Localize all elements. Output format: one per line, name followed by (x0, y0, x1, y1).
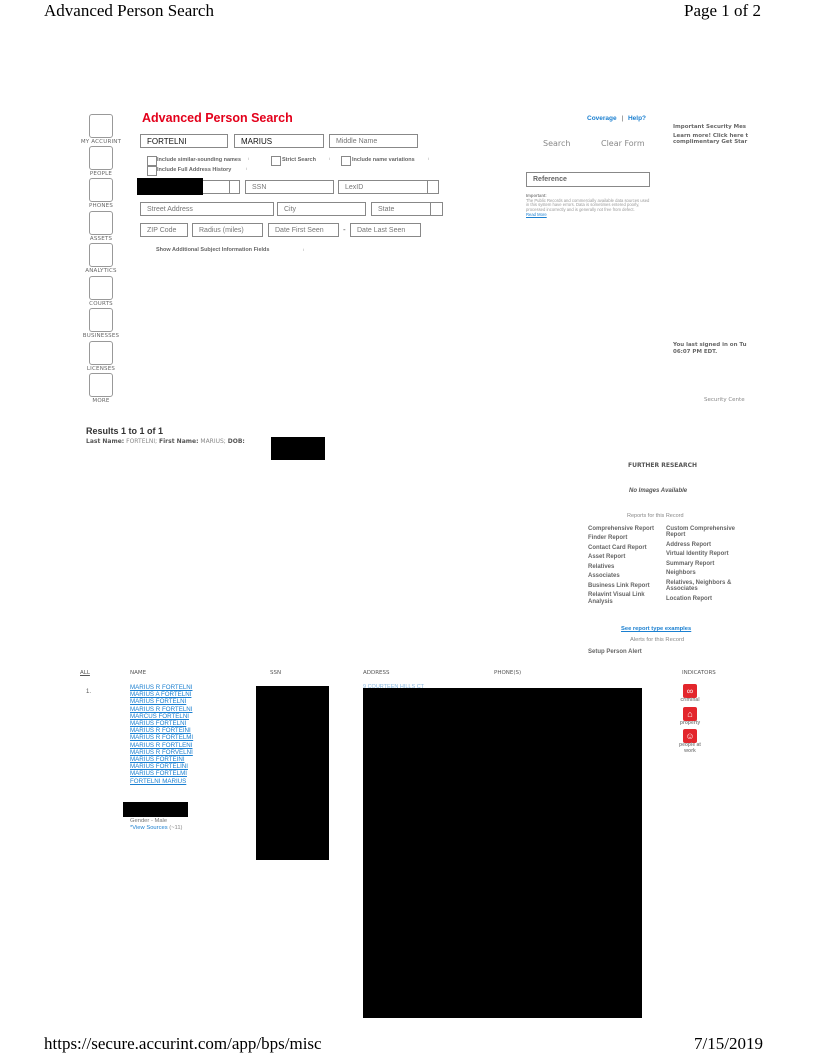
name-variant-link[interactable]: MARIUS R FORTELNI (130, 684, 193, 691)
radius-input[interactable]: Radius (miles) (192, 223, 263, 237)
redacted-ssn (256, 686, 329, 860)
clear-form-button[interactable]: Clear Form (601, 139, 645, 148)
date-range-separator: - (343, 225, 346, 234)
courts-icon (89, 276, 113, 300)
no-images-text: No Images Available (629, 488, 687, 494)
people-icon (89, 146, 113, 170)
middle-name-input[interactable]: Middle Name (329, 134, 418, 148)
reports-list-left: Comprehensive ReportFinder ReportContact… (588, 526, 660, 608)
indicator-people-at-work[interactable]: ☺ people at work (670, 729, 710, 754)
column-header-address: ADDRESS (363, 670, 390, 676)
coverage-link[interactable]: Coverage (587, 115, 617, 122)
sidebar-item-licenses[interactable]: LICENSES (78, 341, 124, 372)
info-icon[interactable]: i (248, 156, 249, 161)
strict-search-checkbox[interactable] (271, 156, 281, 166)
similar-sounding-checkbox[interactable] (147, 156, 157, 166)
name-variant-link[interactable]: MARIUS FORTELNI (130, 698, 193, 705)
strict-search-label: Strict Search (282, 157, 316, 163)
last-name-label: Last Name: (86, 438, 124, 445)
licenses-icon (89, 341, 113, 365)
dob-label: DOB: (228, 438, 245, 445)
print-header-page: Page 1 of 2 (684, 1, 761, 21)
column-header-ssn: SSN (270, 670, 281, 676)
sidebar-item-courts[interactable]: COURTS (78, 276, 124, 307)
report-link[interactable]: Custom Comprehensive Report (666, 526, 746, 539)
name-variant-link[interactable]: MARIUS R FORTEINI (130, 727, 193, 734)
view-sources: *View Sources (~11) (130, 825, 182, 831)
column-header-indicators: INDICATORS (682, 670, 716, 676)
search-criteria: Last Name: FORTELNI; First Name: MARIUS;… (86, 438, 245, 445)
last-name-value: FORTELNI; (126, 438, 157, 445)
name-variants-list: MARIUS R FORTELNIMARIUS A FORTELNIMARIUS… (130, 684, 193, 785)
report-examples-link-text[interactable]: See report type examples (621, 626, 691, 632)
security-center-link[interactable]: Security Cente (704, 397, 745, 403)
last-signed-in: You last signed in on Tu 06:07 PM EDT. (673, 342, 816, 355)
name-variant-link[interactable]: MARIUS R FORTELMI (130, 734, 193, 741)
sidebar-item-analytics[interactable]: ANALYTICS (78, 243, 124, 274)
show-additional-fields-link[interactable]: Show Additional Subject Information Fiel… (156, 247, 269, 253)
city-input[interactable]: City (277, 202, 366, 216)
indicator-criminal[interactable]: ∞ criminal (670, 684, 710, 704)
name-variant-link[interactable]: MARIUS FORTELNI (130, 720, 193, 727)
sidebar-item-businesses[interactable]: BUSINESSES (78, 308, 124, 339)
indicator-label: people at work (679, 743, 701, 754)
date-first-seen-input[interactable]: Date First Seen (268, 223, 339, 237)
gender-text: Gender - Male (130, 818, 167, 824)
reports-list-right: Custom Comprehensive ReportAddress Repor… (666, 526, 746, 605)
redacted-address-phones (363, 688, 642, 1018)
reference-input[interactable]: Reference (526, 172, 650, 187)
important-notice: Important: The Public Records and commer… (526, 194, 651, 218)
report-link[interactable]: Summary Report (666, 561, 746, 567)
first-name-input[interactable]: MARIUS (234, 134, 324, 148)
report-link[interactable]: Finder Report (588, 535, 660, 541)
redacted-dob (271, 437, 325, 460)
separator: | (621, 115, 623, 122)
report-link[interactable]: Address Report (666, 542, 746, 548)
name-variant-link[interactable]: MARIUS A FORTELNI (130, 691, 193, 698)
report-link[interactable]: Location Report (666, 596, 746, 602)
page-title: Advanced Person Search (142, 111, 293, 125)
phones-icon (89, 178, 113, 202)
info-icon[interactable]: i (428, 156, 429, 161)
read-more-link[interactable]: Read More (526, 213, 651, 218)
search-button[interactable]: Search (543, 139, 570, 148)
info-icon[interactable]: i (303, 247, 304, 252)
name-variant-link[interactable]: MARIUS R FORTLENI (130, 742, 193, 749)
zip-code-input[interactable]: ZIP Code (140, 223, 188, 237)
name-variant-link[interactable]: MARIUS FORTELINI (130, 763, 193, 770)
results-summary: Results 1 to 1 of 1 (86, 426, 163, 436)
indicator-label: criminal (670, 698, 710, 704)
ssn-input[interactable]: SSN (245, 180, 334, 194)
name-variant-link[interactable]: MARCUS FORTELNI (130, 713, 193, 720)
sidebar-item-phones[interactable]: PHONES (78, 178, 124, 209)
name-variant-link[interactable]: FORTELNI MARIUS (130, 778, 193, 785)
full-address-history-checkbox[interactable] (147, 166, 157, 176)
indicator-property[interactable]: ⌂ property (670, 707, 710, 727)
handcuffs-icon: ∞ (683, 684, 697, 698)
print-header-title: Advanced Person Search (44, 1, 214, 21)
full-address-history-label: Include Full Address History (157, 167, 231, 173)
assets-icon (89, 211, 113, 235)
date-last-seen-input[interactable]: Date Last Seen (350, 223, 421, 237)
report-link[interactable]: Contact Card Report (588, 545, 660, 551)
name-variant-link[interactable]: MARIUS FORTEINI (130, 756, 193, 763)
report-link[interactable]: Virtual Identity Report (666, 551, 746, 557)
lexid-input[interactable]: LexID (338, 180, 439, 194)
print-footer-url: https://secure.accurint.com/app/bps/misc (44, 1034, 322, 1054)
street-address-input[interactable]: Street Address (140, 202, 274, 216)
alerts-heading: Alerts for this Record (630, 637, 684, 643)
select-all-link[interactable]: ALL (80, 670, 90, 676)
sidebar-item-more[interactable]: MORE (78, 373, 124, 404)
report-link[interactable]: Relatives (588, 564, 660, 570)
further-research-title: FURTHER RESEARCH (628, 462, 697, 469)
report-link[interactable]: Relatives, Neighbors & Associates (666, 580, 746, 593)
last-signed-line2: 06:07 PM EDT. (673, 349, 816, 356)
businesses-icon (89, 308, 113, 332)
sidebar-item-people[interactable]: PEOPLE (78, 146, 124, 177)
info-icon[interactable]: i (246, 166, 247, 171)
last-name-input[interactable]: FORTELNI (140, 134, 228, 148)
report-link[interactable]: Business Link Report (588, 583, 660, 589)
indicator-label: property (670, 721, 710, 727)
sidebar-item-my-accurint[interactable]: MY ACCURINT (78, 114, 124, 145)
name-variations-label: Include name variations (352, 157, 415, 163)
sidebar-item-assets[interactable]: ASSETS (78, 211, 124, 242)
report-examples-link[interactable]: See report type examples (621, 626, 691, 632)
row-index: 1. (86, 689, 91, 695)
report-link[interactable]: Associates (588, 573, 660, 579)
report-link[interactable]: Relavint Visual Link Analysis (588, 592, 660, 605)
info-icon[interactable]: i (329, 156, 330, 161)
print-footer-date: 7/15/2019 (694, 1034, 763, 1054)
report-link[interactable]: Neighbors (666, 570, 746, 576)
lexid-dropdown[interactable] (427, 180, 439, 194)
setup-person-alert-link[interactable]: Setup Person Alert (588, 649, 642, 655)
analytics-icon (89, 243, 113, 267)
coverage-help-links: Coverage | Help? (587, 115, 646, 122)
house-icon: ⌂ (683, 707, 697, 721)
name-variant-link[interactable]: MARIUS R FORVELNI (130, 749, 193, 756)
column-header-name: NAME (130, 670, 146, 676)
sources-count: (~11) (169, 825, 182, 831)
name-variant-link[interactable]: MARIUS FORTELMI (130, 770, 193, 777)
security-message: Important Security Mes Learn more! Click… (673, 124, 816, 146)
reports-heading: Reports for this Record (627, 513, 684, 519)
dob-dropdown[interactable] (229, 180, 240, 194)
column-header-phones: PHONE(S) (494, 670, 521, 676)
similar-sounding-label: Include similar-sounding names (157, 157, 241, 163)
important-text: The Public Records and commercially avai… (526, 199, 651, 213)
state-dropdown[interactable] (430, 202, 443, 216)
more-icon (89, 373, 113, 397)
first-name-label: First Name: (159, 438, 198, 445)
redacted-block (137, 178, 203, 195)
report-link[interactable]: Comprehensive Report (588, 526, 660, 532)
name-variations-checkbox[interactable] (341, 156, 351, 166)
people-icon: ☺ (683, 729, 697, 743)
my-accurint-icon (89, 114, 113, 138)
first-name-value: MARIUS; (200, 438, 225, 445)
name-variant-link[interactable]: MARIUS R FORTELNI (130, 706, 193, 713)
security-line2: complimentary Get Star (673, 139, 816, 146)
security-title: Important Security Mes (673, 124, 816, 131)
view-sources-link[interactable]: *View Sources (130, 825, 168, 831)
indicators: ∞ criminal ⌂ property ☺ people at work (670, 684, 710, 754)
redacted-dob-cell (123, 802, 188, 817)
report-link[interactable]: Asset Report (588, 554, 660, 560)
help-link[interactable]: Help? (628, 115, 646, 122)
